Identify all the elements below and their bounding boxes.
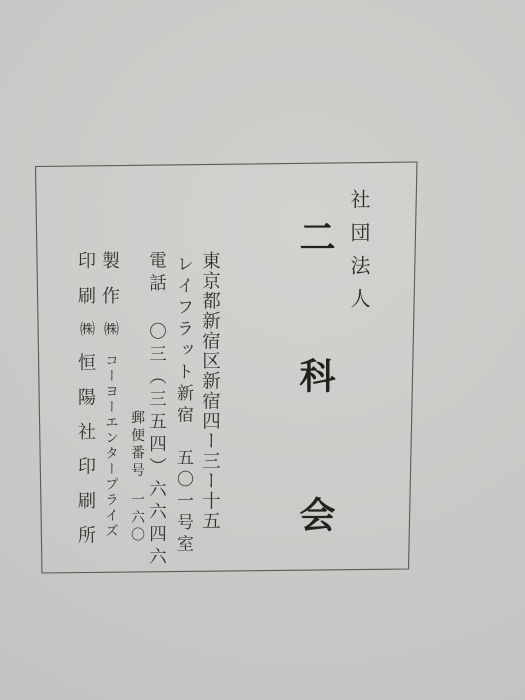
production-credit-line: 製作㈱コーヨーエンタープライズ	[101, 251, 119, 539]
production-label: 製作	[100, 251, 120, 321]
printing-label: 印刷	[76, 251, 96, 321]
postal-code-value: 一六〇	[129, 492, 144, 545]
production-company-prefix: ㈱	[102, 321, 118, 353]
printing-company-prefix: ㈱	[78, 321, 94, 353]
phone-line: 電話〇三（三五四）六六四六	[148, 251, 166, 570]
book-colophon-page: 社団法人 二科会 東京都新宿区新宿四ー三ー十五 レイフラット新宿 五〇一号室 電…	[0, 0, 525, 700]
printing-credit-line: 印刷㈱恒陽社印刷所	[77, 251, 95, 560]
address-line-building: レイフラット新宿 五〇一号室	[175, 255, 192, 556]
production-company-name: コーヨーエンタープライズ	[103, 353, 118, 539]
organization-type-label: 社団法人	[348, 189, 368, 321]
printing-company-name: 恒陽社印刷所	[76, 353, 96, 560]
phone-label: 電話	[148, 251, 168, 296]
address-line-street: 東京都新宿区新宿四ー三ー十五	[200, 251, 219, 531]
phone-number: 〇三（三五四）六六四六	[148, 322, 168, 570]
organization-name-title: 二科会	[297, 218, 333, 635]
postal-code-line: 郵便番号一六〇	[129, 410, 143, 545]
postal-code-label: 郵便番号	[129, 410, 144, 480]
